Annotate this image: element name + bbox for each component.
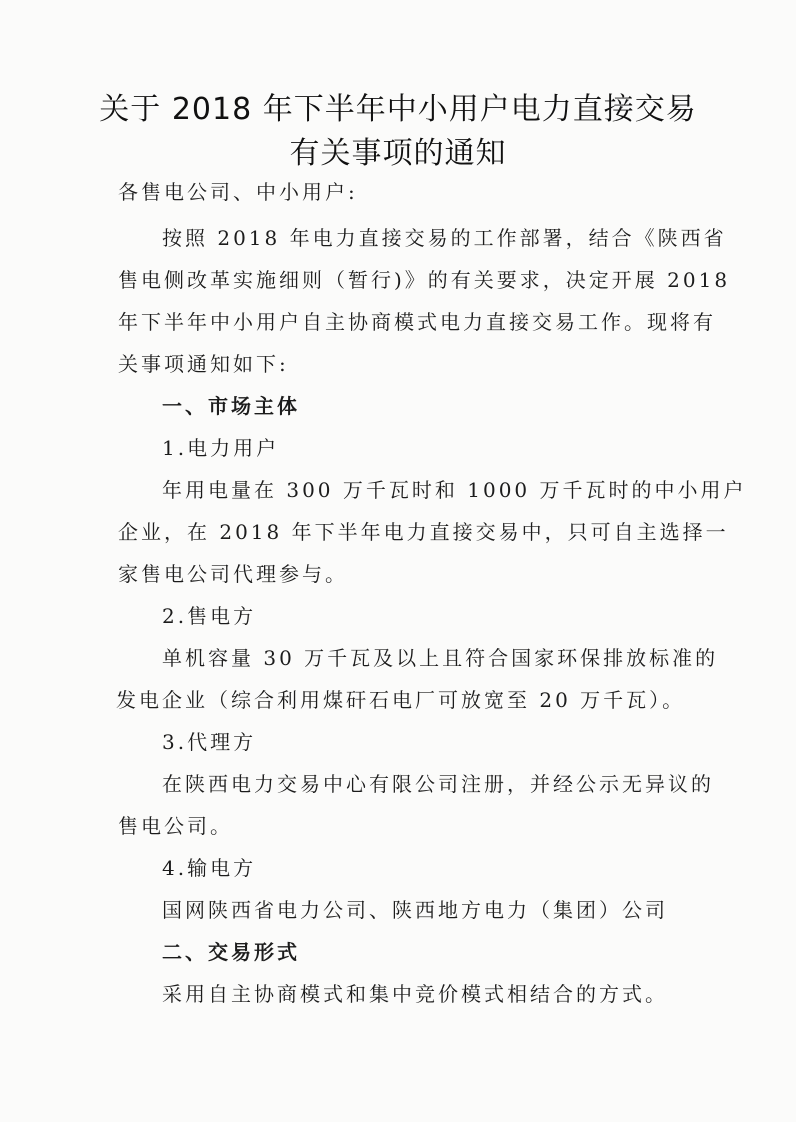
item-4-heading: 4.输电方 bbox=[162, 852, 256, 881]
item-1-line-1: 年用电量在 300 万千瓦时和 1000 万千瓦时的中小用户 bbox=[162, 474, 678, 503]
section-2-heading: 二、交易形式 bbox=[162, 936, 300, 965]
document-page: 关于 2018 年下半年中小用户电力直接交易 有关事项的通知 各售电公司、中小用… bbox=[0, 0, 796, 1122]
item-3-heading: 3.代理方 bbox=[162, 726, 256, 755]
item-2-heading: 2.售电方 bbox=[162, 600, 256, 629]
section-2-line-1: 采用自主协商模式和集中竞价模式相结合的方式。 bbox=[162, 978, 668, 1007]
item-3-line-1: 在陕西电力交易中心有限公司注册，并经公示无异议的 bbox=[162, 768, 678, 797]
item-1-line-2: 企业，在 2018 年下半年电力直接交易中，只可自主选择一 bbox=[118, 516, 678, 545]
section-1-heading: 一、市场主体 bbox=[162, 390, 300, 419]
document-title-line-1: 关于 2018 年下半年中小用户电力直接交易 bbox=[0, 84, 796, 128]
salutation: 各售电公司、中小用户: bbox=[118, 176, 358, 205]
item-2-line-1: 单机容量 30 万千瓦及以上且符合国家环保排放标准的 bbox=[162, 642, 678, 671]
intro-line-3: 年下半年中小用户自主协商模式电力直接交易工作。现将有 bbox=[118, 306, 678, 335]
item-1-line-3: 家售电公司代理参与。 bbox=[118, 558, 348, 587]
item-1-heading: 1.电力用户 bbox=[162, 432, 279, 461]
document-title-line-2: 有关事项的通知 bbox=[0, 128, 796, 172]
item-2-line-2: 发电企业（综合利用煤矸石电厂可放宽至 20 万千瓦）。 bbox=[116, 684, 685, 713]
item-3-line-2: 售电公司。 bbox=[118, 810, 233, 839]
intro-line-4: 关事项通知如下: bbox=[118, 348, 289, 377]
item-4-line-1: 国网陕西省电力公司、陕西地方电力（集团）公司 bbox=[162, 894, 668, 923]
intro-line-2: 售电侧改革实施细则（暂行)》的有关要求，决定开展 2018 bbox=[118, 264, 678, 293]
intro-line-1: 按照 2018 年电力直接交易的工作部署，结合《陕西省 bbox=[162, 222, 678, 251]
